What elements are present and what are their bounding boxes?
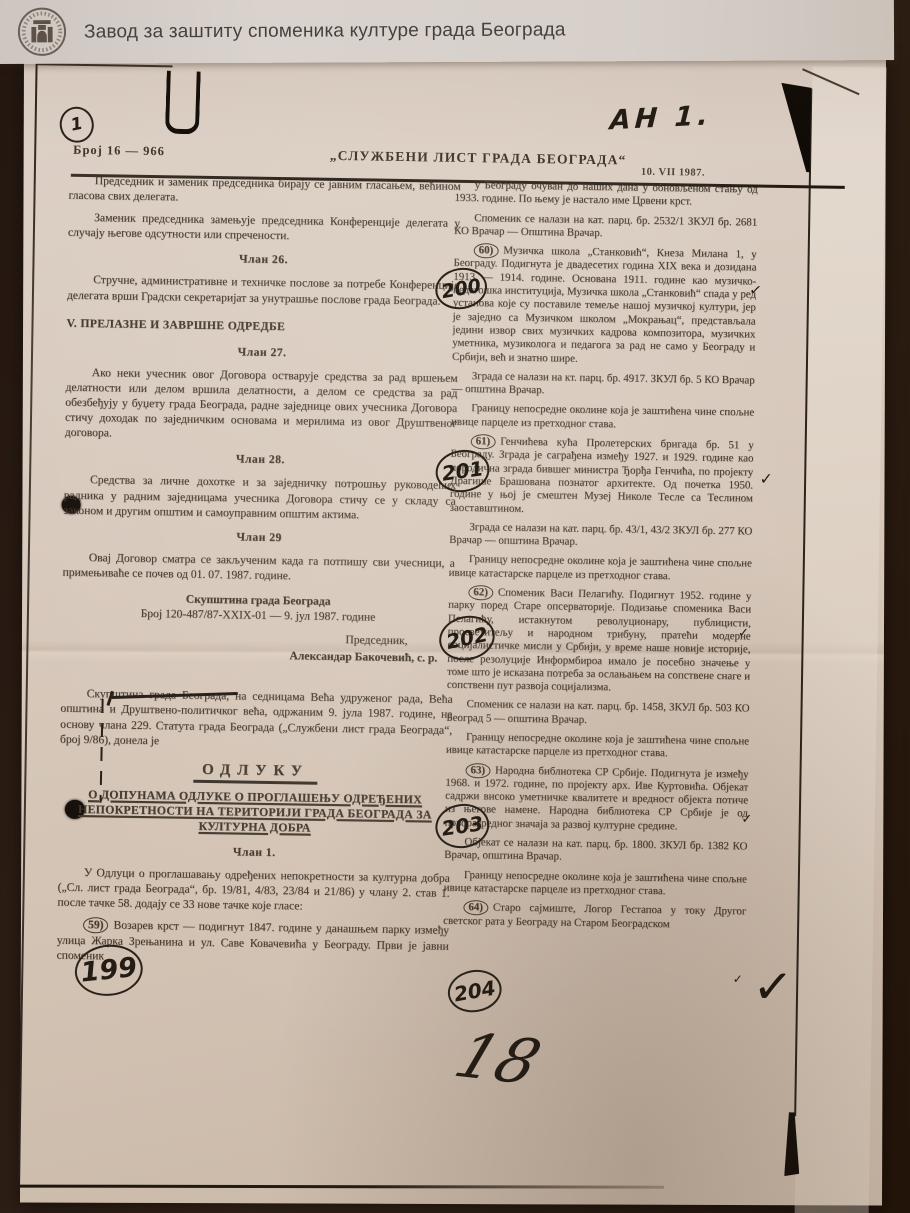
article-heading: Члан 28.	[64, 449, 456, 470]
checkmark: ✓	[741, 813, 752, 826]
checkmark: ✓	[738, 627, 749, 640]
article-heading: Члан 29	[63, 526, 455, 547]
signature-name: Александар Бакочевић, с. р.	[61, 645, 437, 666]
organization-title: Завод за заштиту споменика културе града…	[84, 19, 566, 43]
decree-title: ОДЛУКУ	[59, 760, 451, 781]
checkmark: ✓	[733, 973, 743, 985]
paragraph: Границу непосредне околине која је зашти…	[449, 553, 752, 584]
large-checkmark: ✓	[751, 962, 794, 1012]
paragraph: Зграда се налази на кат. парц. бр. 43/1,…	[449, 521, 752, 552]
item-text: Старо сајмиште, Логор Гестапоа у току Др…	[443, 902, 746, 930]
item-number: 63)	[465, 763, 490, 778]
paper-clip-mark	[165, 71, 201, 135]
paragraph: у Београду очуван до наших дана у обновљ…	[454, 179, 757, 210]
masthead-date: 10. VII 1987.	[641, 167, 705, 179]
item-text: Генчићева кућа Пролетерских бригада бр. …	[450, 436, 754, 515]
item-number: 62)	[468, 585, 493, 600]
header-strip: Завод за заштиту споменика културе града…	[0, 0, 894, 64]
item-number: 60)	[474, 243, 499, 258]
item-number: 61)	[471, 434, 496, 449]
list-item: 61)Генчићева кућа Пролетерских бригада б…	[450, 435, 754, 520]
item-text: Народна библиотека СР Србије. Подигнута …	[445, 764, 749, 832]
paragraph: Средства за личне дохотке и за заједничк…	[63, 472, 456, 523]
document-page: Број 16 — 966 „СЛУЖБЕНИ ЛИСТ ГРАДА БЕОГР…	[20, 54, 886, 1205]
photo-of-document: Број 16 — 966 „СЛУЖБЕНИ ЛИСТ ГРАДА БЕОГР…	[0, 0, 910, 1213]
paragraph: Стручне, административне и техничке посл…	[67, 272, 459, 308]
checkmark: ✓	[760, 471, 773, 487]
copy-frame-left-line	[18, 63, 37, 1191]
paragraph: Споменик се налази на кат. парц. бр. 145…	[446, 698, 749, 729]
decree-subtitle: О ДОПУНАМА ОДЛУКЕ О ПРОГЛАШЕЊУ ОДРЕЂЕНИХ…	[59, 786, 452, 837]
item-number: 59)	[83, 918, 109, 934]
article-heading: Члан 26.	[67, 249, 459, 270]
article-heading: Члан 27.	[66, 341, 458, 362]
paragraph: Председник и заменик председника бирају …	[68, 173, 460, 209]
list-item: 60)Музичка школа „Станковић“, Кнеза Мила…	[452, 244, 757, 368]
masthead-issue-number: Број 16 — 966	[73, 143, 165, 159]
seal-icon	[16, 6, 68, 63]
handwritten-note: АН 1.	[609, 100, 713, 136]
copy-frame-bottom-line	[19, 1185, 664, 1189]
paragraph: У Одлуци о проглашавању одређених непокр…	[57, 865, 450, 916]
paragraph: Ако неки учесник овог Договора остварује…	[65, 365, 458, 447]
section-heading: V. ПРЕЛАЗНЕ И ЗАВРШНЕ ОДРЕДБЕ	[66, 315, 458, 336]
item-number: 64)	[463, 900, 488, 915]
masthead-gazette-title: „СЛУЖБЕНИ ЛИСТ ГРАДА БЕОГРАДА“	[278, 147, 678, 169]
paragraph: Границу непосредне околине која је зашти…	[451, 402, 754, 433]
checkmark: ✓	[748, 282, 763, 299]
paragraph: Границу непосредне околине која је зашти…	[446, 731, 749, 762]
list-item: 63)Народна библиотека СР Србије. Подигну…	[445, 763, 749, 834]
list-item: 64)Старо сајмиште, Логор Гестапоа у току…	[443, 901, 746, 932]
item-text: Музичка школа „Станковић“, Кнеза Милана …	[452, 245, 757, 365]
decree-title-text: ОДЛУКУ	[194, 761, 317, 784]
paragraph: Објекат се налази на кат. парц. бр. 1800…	[444, 836, 747, 867]
paragraph: Споменик се налази на кат. парц. бр. 253…	[454, 211, 757, 242]
paragraph: Зграда се налази на кт. парц. бр. 4917. …	[451, 370, 754, 401]
paragraph: Заменик председника замењује председника…	[68, 210, 460, 246]
paragraph: Границу непосредне околине која је зашти…	[444, 868, 747, 899]
article-heading: Члан 1.	[58, 842, 450, 863]
paragraph: Овај Договор сматра се закљученим када г…	[62, 549, 454, 585]
page-corner-shadow-top	[780, 83, 811, 172]
copy-frame-top-line	[37, 63, 173, 67]
